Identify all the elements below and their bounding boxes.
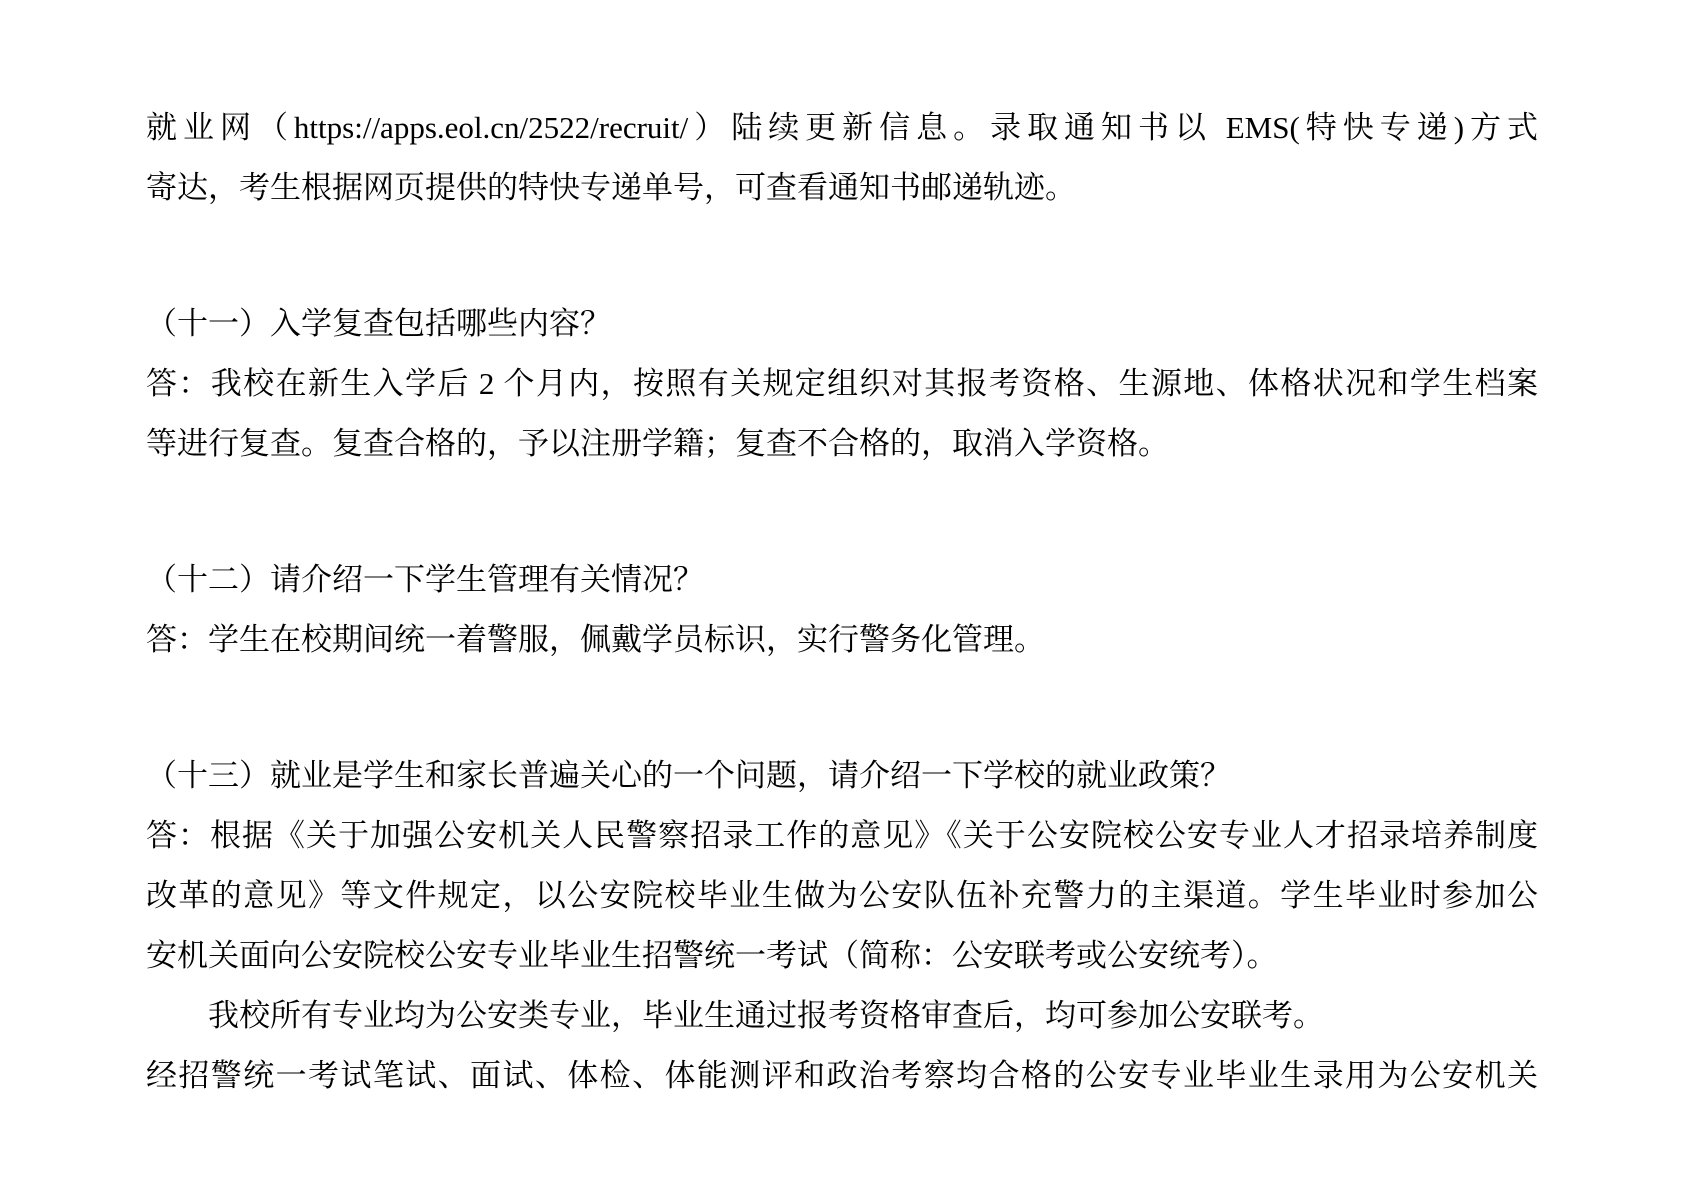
answer-13-line-2: 改革的意见》等文件规定，以公安院校毕业生做为公安队伍补充警力的主渠道。学生毕业时… bbox=[146, 866, 1538, 926]
intro-line-2: 寄达，考生根据网页提供的特快专递单号，可查看通知书邮递轨迹。 bbox=[146, 158, 1538, 218]
answer-13-line-1: 答：根据《关于加强公安机关人民警察招录工作的意见》《关于公安院校公安专业人才招录… bbox=[146, 806, 1538, 866]
answer-12-line-1: 答：学生在校期间统一着警服，佩戴学员标识，实行警务化管理。 bbox=[146, 610, 1538, 670]
answer-13-line-3: 安机关面向公安院校公安专业毕业生招警统一考试（简称：公安联考或公安统考）。 bbox=[146, 926, 1538, 986]
document-page: 就业网（https://apps.eol.cn/2522/recruit/）陆续… bbox=[0, 0, 1684, 1191]
answer-13-line-5: 经招警统一考试笔试、面试、体检、体能测评和政治考察均合格的公安专业毕业生录用为公… bbox=[146, 1046, 1538, 1106]
question-11-heading: （十一）入学复查包括哪些内容？ bbox=[146, 294, 1538, 354]
question-12-heading: （十二）请介绍一下学生管理有关情况？ bbox=[146, 550, 1538, 610]
answer-11-line-2: 等进行复查。复查合格的，予以注册学籍；复查不合格的，取消入学资格。 bbox=[146, 414, 1538, 474]
intro-line-1: 就业网（https://apps.eol.cn/2522/recruit/）陆续… bbox=[146, 98, 1538, 158]
answer-11-line-1: 答：我校在新生入学后 2 个月内，按照有关规定组织对其报考资格、生源地、体格状况… bbox=[146, 354, 1538, 414]
question-13-heading: （十三）就业是学生和家长普遍关心的一个问题，请介绍一下学校的就业政策？ bbox=[146, 746, 1538, 806]
answer-13-line-4: 我校所有专业均为公安类专业，毕业生通过报考资格审查后，均可参加公安联考。 bbox=[146, 986, 1538, 1046]
